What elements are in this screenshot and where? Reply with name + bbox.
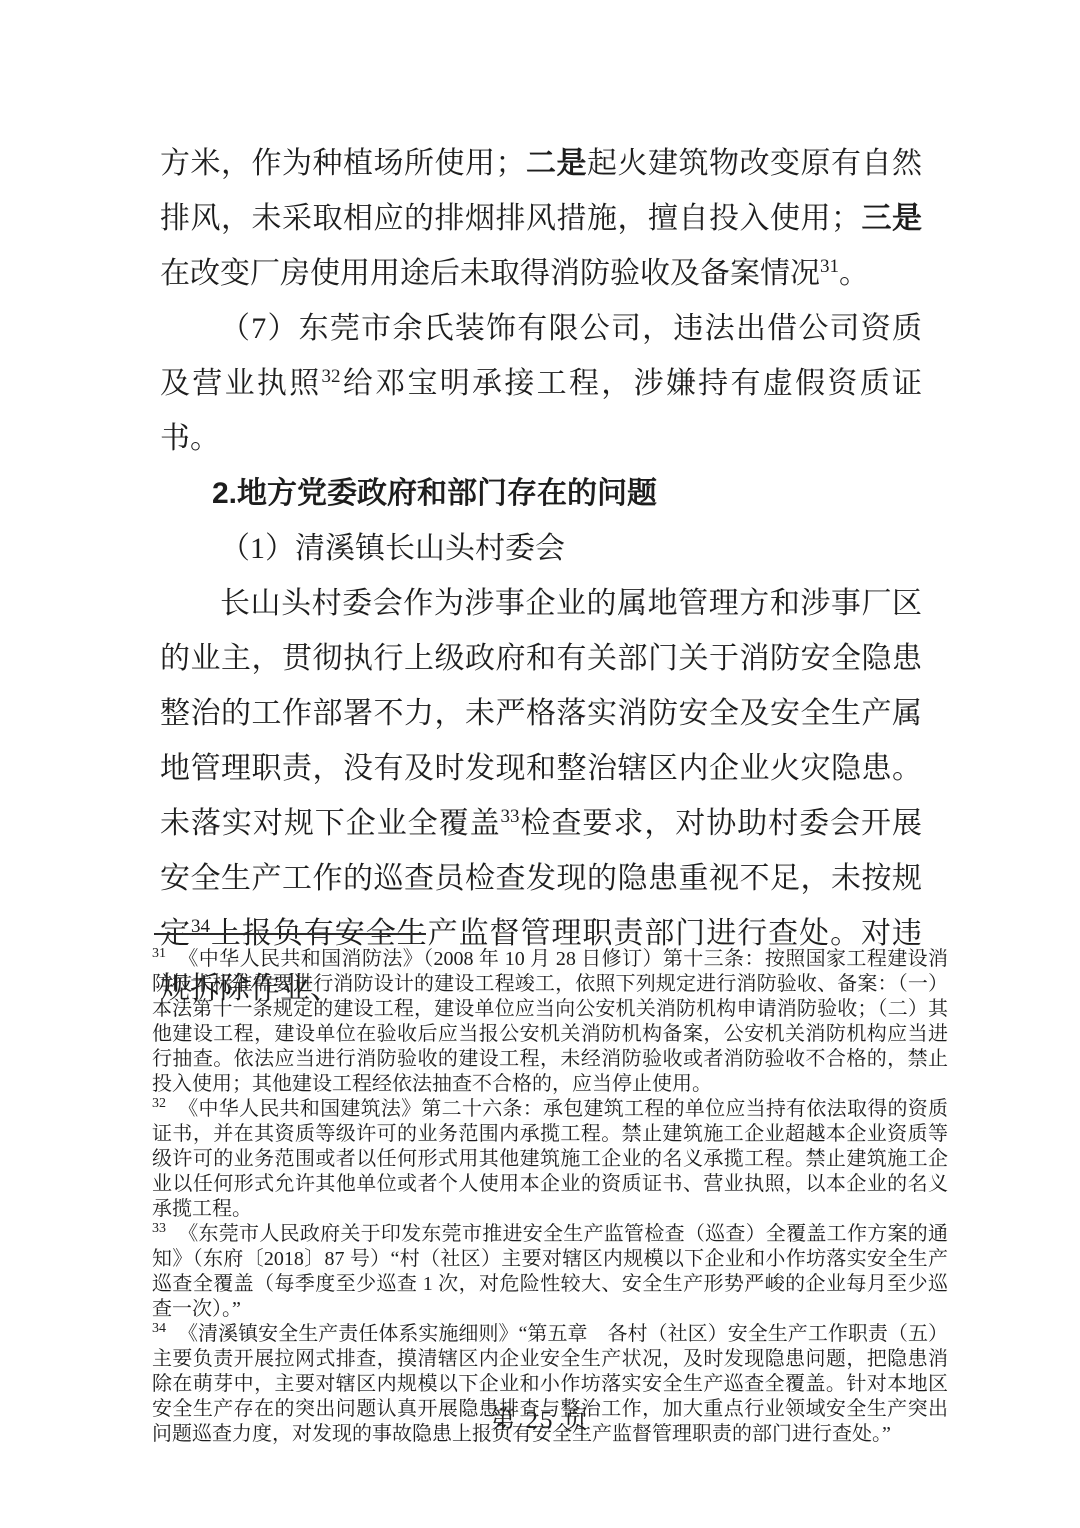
body-text: 方米，作为种植场所使用；二是起火建筑物改变原有自然排风，未采取相应的排烟排风措施… — [160, 136, 922, 1016]
footnote-divider — [154, 933, 426, 935]
document-page: 方米，作为种植场所使用；二是起火建筑物改变原有自然排风，未采取相应的排烟排风措施… — [0, 0, 1080, 1528]
footnote-text-33: 《东莞市人民政府关于印发东莞市推进安全生产监管检查（巡查）全覆盖工作方案的通知》… — [152, 1223, 948, 1320]
footnote-text-31: 《中华人民共和国消防法》（2008 年 10 月 28 日修订）第十三条：按照国… — [152, 948, 948, 1095]
footnote-number-31: 31 — [152, 946, 166, 961]
paragraph-fire-violations: 方米，作为种植场所使用；二是起火建筑物改变原有自然排风，未采取相应的排烟排风措施… — [160, 136, 922, 301]
footnote-ref-33: 33 — [501, 806, 520, 827]
text-run: （1）清溪镇长山头村委会 — [220, 532, 565, 565]
footnote-number-34: 34 — [152, 1321, 166, 1336]
text-run: 在改变厂房使用用途后未取得消防验收及备案情况 — [160, 257, 820, 290]
footnote-31: 31《中华人民共和国消防法》（2008 年 10 月 28 日修订）第十三条：按… — [152, 947, 948, 1097]
footnote-number-32: 32 — [152, 1096, 166, 1111]
bold-run-third-point: 三是 — [861, 202, 922, 235]
footnote-number-33: 33 — [152, 1221, 166, 1236]
text-run: 。 — [839, 257, 869, 290]
bold-run-second-point: 二是 — [526, 147, 588, 180]
page-number: 第 25 页 — [0, 1400, 1080, 1436]
footnotes-section: 31《中华人民共和国消防法》（2008 年 10 月 28 日修订）第十三条：按… — [152, 933, 948, 1447]
footnote-33: 33《东莞市人民政府关于印发东莞市推进安全生产监管检查（巡查）全覆盖工作方案的通… — [152, 1222, 948, 1322]
footnote-ref-32: 32 — [322, 366, 341, 387]
footnote-ref-31: 31 — [820, 256, 839, 277]
footnote-text-32: 《中华人民共和国建筑法》第二十六条：承包建筑工程的单位应当持有依法取得的资质证书… — [152, 1098, 948, 1220]
paragraph-subitem-1: （1）清溪镇长山头村委会 — [160, 521, 922, 576]
text-run: 方米，作为种植场所使用； — [160, 147, 526, 180]
text-run: 长山头村委会作为涉事企业的属地管理方和涉事厂区的业主，贯彻执行上级政府和有关部门… — [160, 587, 922, 840]
footnote-32: 32《中华人民共和国建筑法》第二十六条：承包建筑工程的单位应当持有依法取得的资质… — [152, 1097, 948, 1222]
section-heading: 2.地方党委政府和部门存在的问题 — [160, 466, 922, 521]
paragraph-company-7: （7）东莞市余氏装饰有限公司，违法出借公司资质及营业执照32给邓宝明承接工程，涉… — [160, 301, 922, 466]
